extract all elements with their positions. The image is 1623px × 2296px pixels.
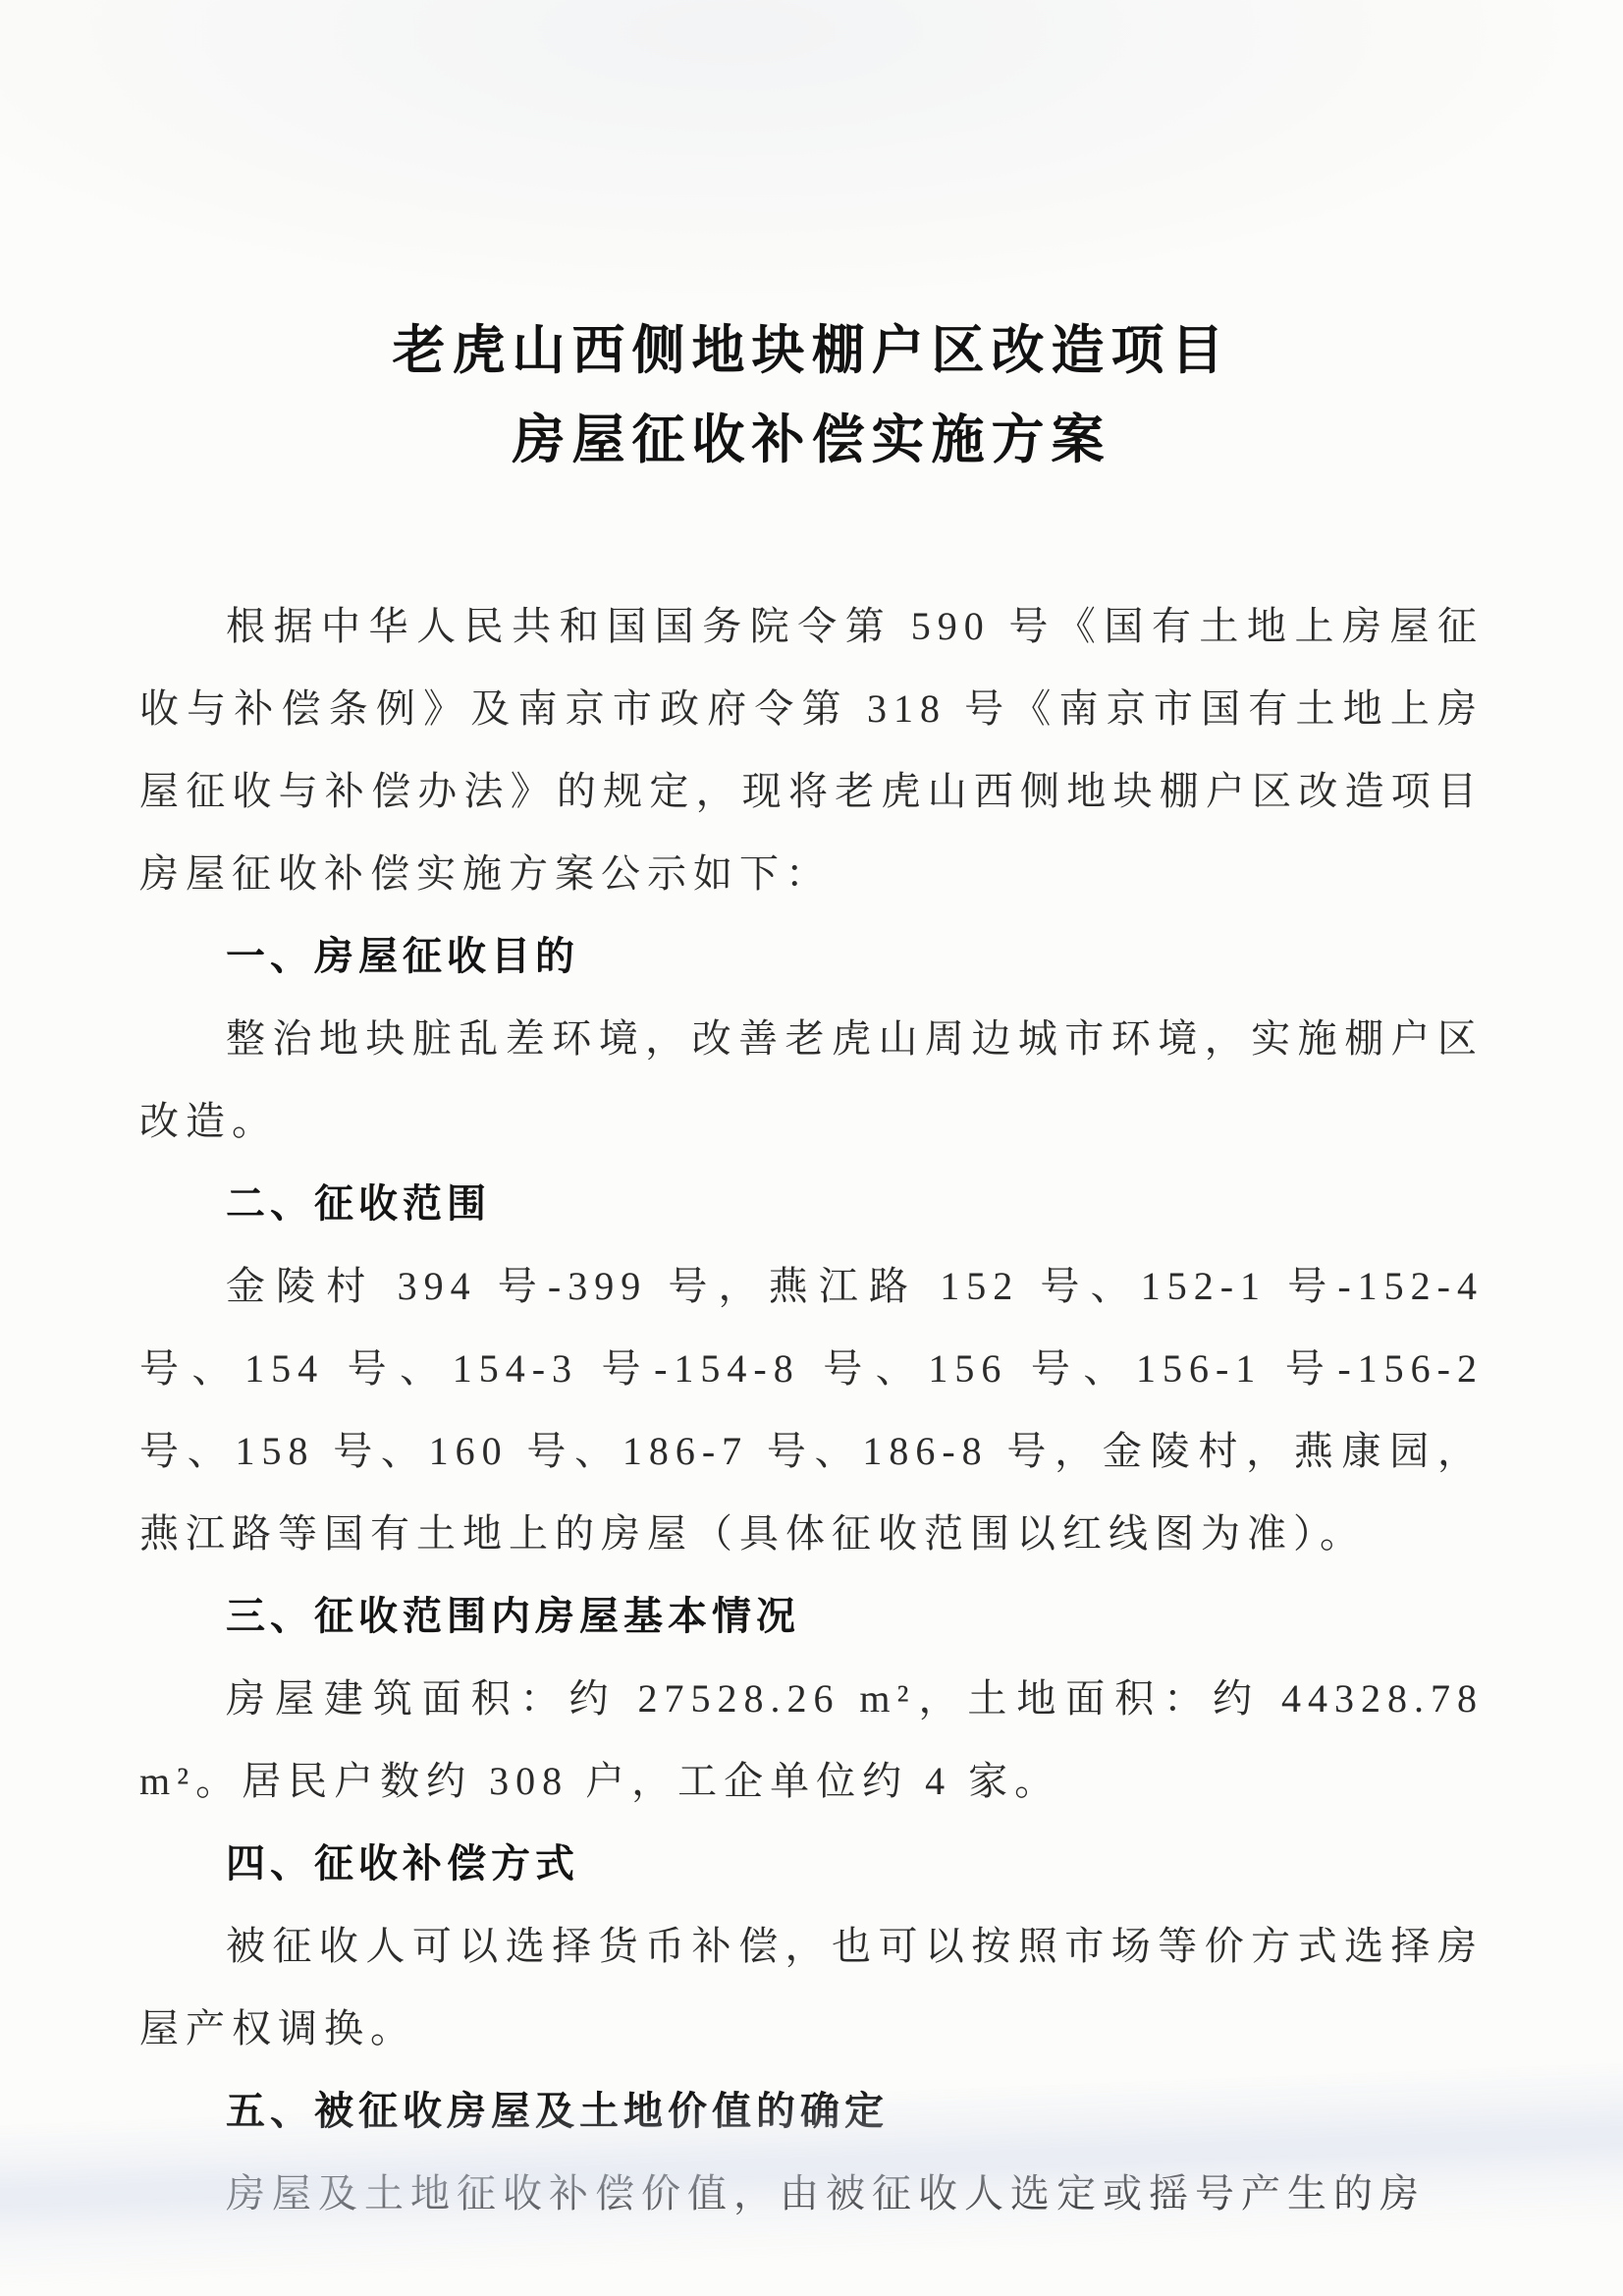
scan-artifact-top: [0, 0, 1623, 314]
document-body: 根据中华人民共和国国务院令第 590 号《国有土地上房屋征收与补偿条例》及南京市…: [139, 585, 1484, 2235]
paragraph-value-determination-partial: 房屋及土地征收补偿价值，由被征收人选定或摇号产生的房: [139, 2153, 1484, 2235]
section-heading-3-basic-situation: 三、征收范围内房屋基本情况: [139, 1575, 1484, 1658]
paragraph-purpose: 整治地块脏乱差环境，改善老虎山周边城市环境，实施棚户区改造。: [139, 998, 1484, 1163]
scanned-document-page: 老虎山西侧地块棚户区改造项目 房屋征收补偿实施方案 根据中华人民共和国国务院令第…: [0, 0, 1623, 2296]
document-content: 老虎山西侧地块棚户区改造项目 房屋征收补偿实施方案 根据中华人民共和国国务院令第…: [139, 306, 1484, 2235]
paragraph-compensation-method: 被征收人可以选择货币补偿，也可以按照市场等价方式选择房屋产权调换。: [139, 1905, 1484, 2070]
document-title-line2: 房屋征收补偿实施方案: [139, 396, 1484, 485]
section-heading-2-scope: 二、征收范围: [139, 1163, 1484, 1245]
section-heading-1-purpose: 一、房屋征收目的: [139, 915, 1484, 998]
paragraph-areas-and-households: 房屋建筑面积：约 27528.26 m²，土地面积：约 44328.78 m²。…: [139, 1658, 1484, 1823]
paragraph-scope-addresses: 金陵村 394 号-399 号，燕江路 152 号、152-1 号-152-4 …: [139, 1245, 1484, 1575]
section-heading-5-value-determination: 五、被征收房屋及土地价值的确定: [139, 2070, 1484, 2153]
document-title: 老虎山西侧地块棚户区改造项目 房屋征收补偿实施方案: [139, 306, 1484, 485]
document-title-line1: 老虎山西侧地块棚户区改造项目: [139, 306, 1484, 396]
section-heading-4-compensation-method: 四、征收补偿方式: [139, 1823, 1484, 1905]
paragraph-legal-basis: 根据中华人民共和国国务院令第 590 号《国有土地上房屋征收与补偿条例》及南京市…: [139, 585, 1484, 915]
